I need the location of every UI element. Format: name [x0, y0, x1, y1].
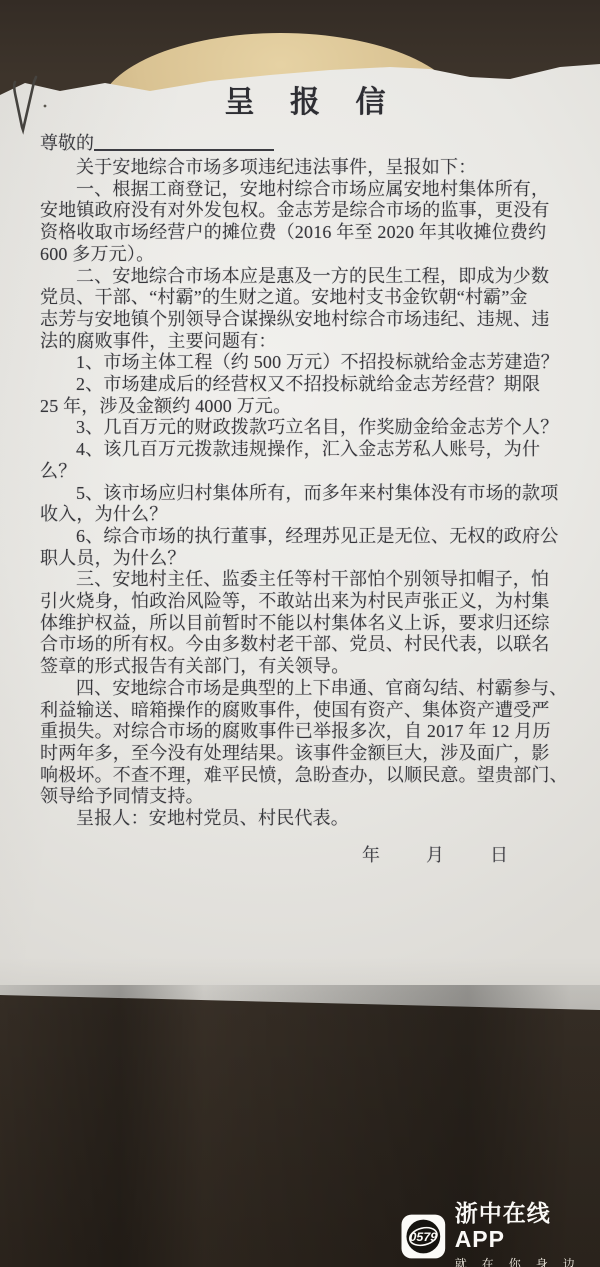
photo-scene: { "scene": { "table_color": "#41382e", "…: [0, 0, 600, 1267]
document-line: 资格收取市场经营户的摊位费（2016 年至 2020 年其收摊位费约: [40, 222, 570, 244]
document-line: 法的腐败事件，主要问题有：: [40, 331, 570, 353]
0579-logo: 0579: [401, 1214, 446, 1259]
document-line: 签章的形式报告有关部门，有关领导。: [40, 656, 570, 678]
document-line: 三、安地村主任、监委主任等村干部怕个别领导扣帽子，怕: [40, 569, 570, 591]
document-line: 关于安地综合市场多项违纪违法事件，呈报如下：: [40, 157, 570, 179]
salutation-line: 尊敬的: [40, 131, 570, 155]
document-line: 2、市场建成后的经营权又不招投标就给金志芳经营？期限: [40, 374, 570, 396]
document-line: 呈报人：安地村党员、村民代表。: [40, 808, 570, 830]
document-line: 时两年多，至今没有处理结果。该事件金额巨大，涉及面广，影: [40, 743, 570, 765]
svg-text:0579: 0579: [410, 1229, 438, 1243]
document-line: 响极坏。不查不理，难平民愤，急盼查办，以顺民意。望贵部门、: [40, 765, 570, 787]
document-line: 25 年，涉及金额约 4000 万元。: [40, 396, 570, 418]
document-line: 二、安地综合市场本应是惠及一方的民生工程，即成为少数: [40, 266, 570, 288]
salutation-underline: [94, 149, 274, 151]
document-line: 四、安地综合市场是典型的上下串通、官商勾结、村霸参与、: [40, 678, 570, 700]
document-line: 一、根据工商登记，安地村综合市场应属安地村集体所有，: [40, 179, 570, 201]
document-line: 领导给予同情支持。: [40, 786, 570, 808]
document-line: 安地镇政府没有对外发包权。金志芳是综合市场的监事，更没有: [40, 200, 570, 222]
salutation-label: 尊敬的: [40, 133, 94, 153]
watermark-text: 浙中在线APP 就在你身边: [455, 1200, 600, 1267]
document-line: 5、该市场应归村集体所有，而多年来村集体没有市场的款项: [40, 483, 570, 505]
document-line: 么？: [40, 461, 570, 483]
document-line: 志芳与安地镇个别领导合谋操纵安地村综合市场违纪、违规、违: [40, 309, 570, 331]
document-line: 6、综合市场的执行董事，经理苏见正是无位、无权的政府公: [40, 526, 570, 548]
document-title: 呈 报 信: [54, 77, 570, 121]
document-lines: 关于安地综合市场多项违纪违法事件，呈报如下：一、根据工商登记，安地村综合市场应属…: [40, 157, 570, 830]
date-day-label: 日: [490, 841, 508, 867]
watermark-tagline: 就在你身边: [455, 1255, 600, 1267]
document-line: 4、该几百万元拨款违规操作，汇入金志芳私人账号，为什: [40, 439, 570, 461]
document-line: 3、几百万元的财政拨款巧立名目，作奖励金给金志芳个人？: [40, 417, 570, 439]
date-line: 年 月 日: [40, 841, 570, 867]
date-year-label: 年: [362, 841, 380, 867]
date-month-label: 月: [426, 841, 444, 867]
document-line: 党员、干部、“村霸”的生财之道。安地村支书金钦朝“村霸”金: [40, 287, 570, 309]
document-line: 收入，为什么？: [40, 504, 570, 526]
document-line: 合市场的所有权。今由多数村老干部、党员、村民代表，以联名: [40, 634, 570, 656]
document-line: 600 多万元）。: [40, 244, 570, 266]
document-line: 1、市场主体工程（约 500 万元）不招投标就给金志芳建造？: [40, 352, 570, 374]
document-body: 呈 报 信 尊敬的 关于安地综合市场多项违纪违法事件，呈报如下：一、根据工商登记…: [0, 77, 600, 867]
document-line: 重损失。对综合市场的腐败事件已举报多次，自 2017 年 12 月历: [40, 721, 570, 743]
document-line: 引火烧身，怕政治风险等，不敢站出来为村民声张正义，为村集: [40, 591, 570, 613]
document-line: 利益输送、暗箱操作的腐败事件，使国有资产、集体资产遭受严: [40, 700, 570, 722]
document-line: 体维护权益，所以目前暂时不能以村集体名义上诉，要求归还综: [40, 613, 570, 635]
watermark-app-name: 浙中在线APP: [455, 1200, 600, 1252]
watermark-zhezhong-app: 0579 浙中在线APP 就在你身边: [401, 1200, 600, 1267]
document-line: 职人员，为什么？: [40, 548, 570, 570]
